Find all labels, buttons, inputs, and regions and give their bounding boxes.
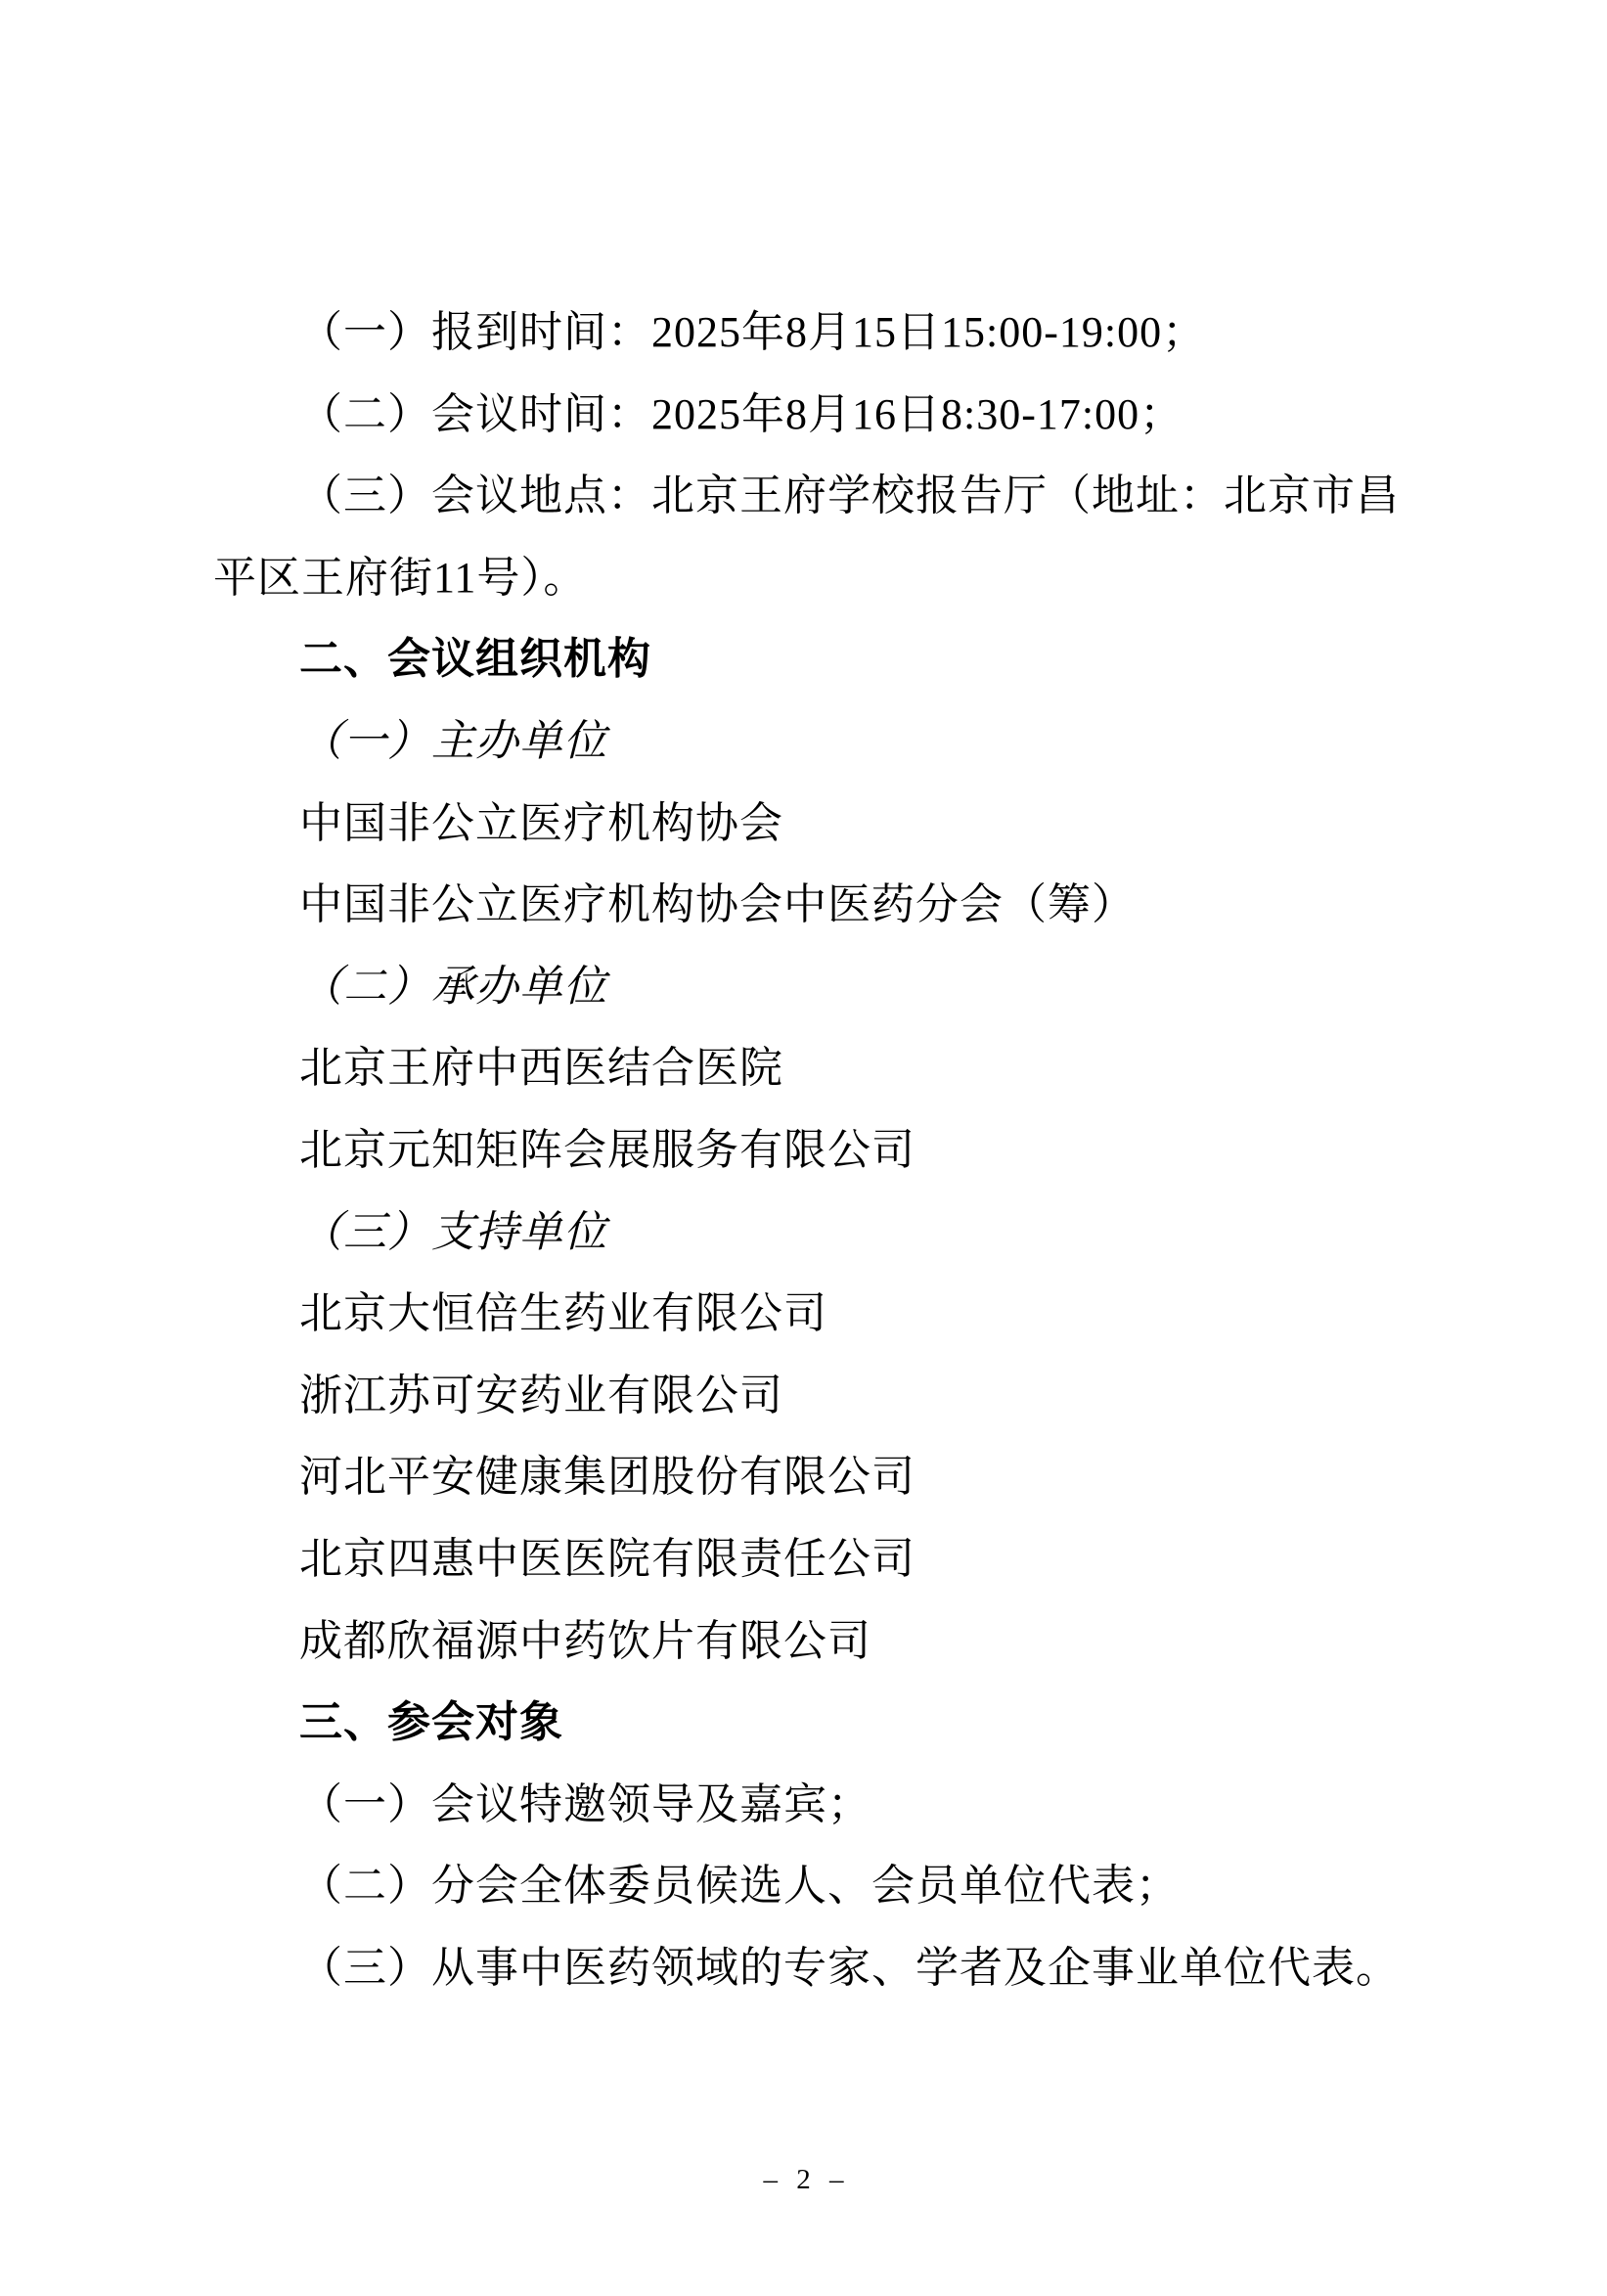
attendee-item-3: （三）从事中医药领域的专家、学者及企事业单位代表。 (213, 1927, 1412, 2009)
organizer-unit-2: 北京元知矩阵会展服务有限公司 (213, 1109, 1412, 1192)
section-heading-attendees: 三、参会对象 (213, 1682, 1412, 1764)
attendee-item-2: （二）分会全体委员候选人、会员单位代表； (213, 1845, 1412, 1927)
support-unit-2: 浙江苏可安药业有限公司 (213, 1355, 1412, 1437)
support-unit-4: 北京四惠中医医院有限责任公司 (213, 1518, 1412, 1600)
line-meeting-venue: （三）会议地点：北京王府学校报告厅（地址：北京市昌 (213, 455, 1412, 537)
line-checkin-time: （一）报到时间：2025年8月15日15:00-19:00； (213, 292, 1412, 374)
section-heading-organization: 二、会议组织机构 (213, 618, 1412, 700)
page-number: – 2 – (764, 2164, 844, 2195)
document-body: （一）报到时间：2025年8月15日15:00-19:00； （二）会议时间：2… (213, 292, 1412, 2008)
organizer-unit-1: 北京王府中西医结合医院 (213, 1027, 1412, 1109)
line-meeting-time: （二）会议时间：2025年8月16日8:30-17:00； (213, 374, 1412, 456)
subheading-support-units: （三）支持单位 (213, 1192, 1412, 1274)
subheading-organizer-units: （二）承办单位 (213, 946, 1412, 1028)
document-page: （一）报到时间：2025年8月15日15:00-19:00； （二）会议时间：2… (0, 0, 1607, 2296)
support-unit-3: 河北平安健康集团股份有限公司 (213, 1436, 1412, 1518)
host-unit-2: 中国非公立医疗机构协会中医药分会（筹） (213, 864, 1412, 946)
support-unit-1: 北京大恒倍生药业有限公司 (213, 1273, 1412, 1355)
subheading-host-units: （一）主办单位 (213, 700, 1412, 783)
attendee-item-1: （一）会议特邀领导及嘉宾； (213, 1764, 1412, 1846)
page-footer: – 2 – (0, 2158, 1607, 2201)
support-unit-5: 成都欣福源中药饮片有限公司 (213, 1600, 1412, 1683)
line-meeting-venue-continued: 平区王府街11号）。 (213, 537, 1412, 619)
host-unit-1: 中国非公立医疗机构协会 (213, 783, 1412, 865)
